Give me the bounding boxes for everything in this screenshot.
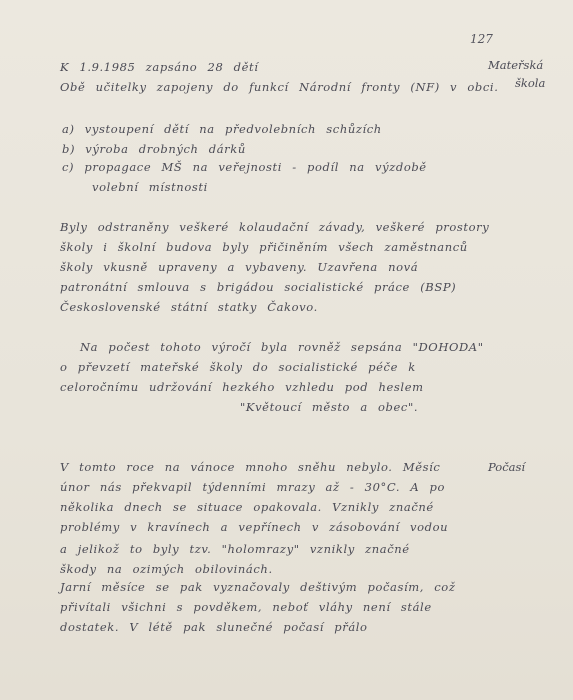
text-line: Byly odstraněny veškeré kolaudační závad… bbox=[60, 220, 489, 234]
text-line: škody na ozimých obilovinách. bbox=[60, 562, 273, 576]
text-line: problémy v kravínech a vepřínech v zásob… bbox=[60, 520, 448, 534]
text-line: celoročnímu udržování hezkého vzhledu po… bbox=[60, 380, 424, 394]
text-line: a jelikož to byly tzv. "holomrazy" vznik… bbox=[60, 542, 410, 556]
text-line: několika dnech se situace opakovala. Vzn… bbox=[60, 500, 434, 514]
text-line: patronátní smlouva s brigádou socialisti… bbox=[60, 280, 456, 294]
margin-note-school: škola bbox=[515, 76, 545, 90]
page-number: 127 bbox=[470, 32, 493, 46]
text-line: přivítali všichni s povděkem, neboť vláh… bbox=[60, 600, 432, 614]
text-line: Obě učitelky zapojeny do funkcí Národní … bbox=[60, 80, 498, 94]
margin-note-kindergarten: Mateřská bbox=[488, 58, 543, 72]
text-line: V tomto roce na vánoce mnoho sněhu nebyl… bbox=[60, 460, 440, 474]
list-item: c) propagace MŠ na veřejnosti - podíl na… bbox=[62, 160, 427, 174]
text-line: školy i školní budova byly přičiněním vš… bbox=[60, 240, 468, 254]
text-line: Československé státní statky Čakovo. bbox=[60, 300, 318, 314]
document-page: 127 Mateřská škola K 1.9.1985 zapsáno 28… bbox=[0, 0, 573, 700]
text-line: školy vkusně upraveny a vybaveny. Uzavře… bbox=[60, 260, 418, 274]
text-line: K 1.9.1985 zapsáno 28 dětí bbox=[60, 60, 259, 74]
list-item: a) vystoupení dětí na předvolebních schů… bbox=[62, 122, 382, 136]
text-line: Jarní měsíce se pak vyznačovaly deštivým… bbox=[60, 580, 456, 594]
text-line: o převzetí mateřské školy do socialistic… bbox=[60, 360, 416, 374]
list-item: volební místnosti bbox=[92, 180, 208, 194]
text-line: Na počest tohoto výročí byla rovněž seps… bbox=[80, 340, 484, 354]
text-line: únor nás překvapil týdenními mrazy až - … bbox=[60, 480, 445, 494]
text-line: dostatek. V létě pak slunečné počasí přá… bbox=[60, 620, 368, 634]
list-item: b) výroba drobných dárků bbox=[62, 142, 246, 156]
text-line: "Květoucí město a obec". bbox=[240, 400, 418, 414]
margin-note-weather: Počasí bbox=[488, 460, 525, 474]
